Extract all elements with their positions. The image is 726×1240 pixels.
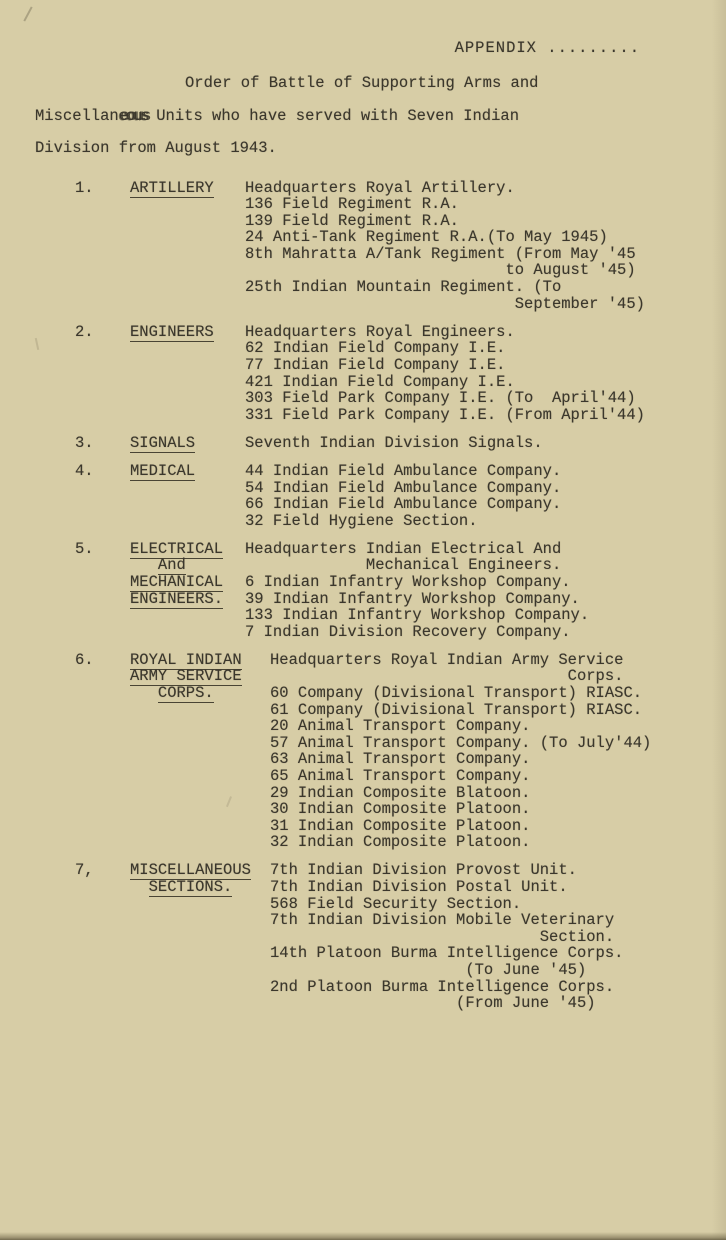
- section-content: Headquarters Royal Engineers.62 Indian F…: [245, 324, 645, 424]
- underlined-heading-text: ENGINEERS: [130, 323, 214, 342]
- document-page: APPENDIX ......... Order of Battle of Su…: [0, 0, 726, 1240]
- unit-line: 7th Indian Division Postal Unit.: [270, 879, 623, 896]
- unit-line: 62 Indian Field Company I.E.: [245, 340, 645, 357]
- unit-line: 139 Field Regiment R.A.: [245, 213, 645, 230]
- unit-line: 2nd Platoon Burma Intelligence Corps.: [270, 979, 623, 996]
- section-heading: MEDICAL: [130, 463, 245, 480]
- unit-line: 24 Anti-Tank Regiment R.A.(To May 1945): [245, 229, 645, 246]
- section-heading: ROYAL INDIANARMY SERVICE CORPS.: [130, 652, 270, 702]
- title-line-2-prefix: Miscellan: [35, 107, 119, 125]
- title-line-2: Miscellaneous Units who have served with…: [0, 100, 726, 133]
- section-heading: SIGNALS: [130, 435, 245, 452]
- unit-line: Headquarters Royal Engineers.: [245, 324, 645, 341]
- section-heading-line: MEDICAL: [130, 463, 245, 480]
- unit-line: Seventh Indian Division Signals.: [245, 435, 543, 452]
- unit-line: 133 Indian Infantry Workshop Company.: [245, 607, 589, 624]
- section-heading-line: ELECTRICAL: [130, 541, 245, 558]
- unit-line: September '45): [245, 296, 645, 313]
- underlined-heading-text: ARTILLERY: [130, 179, 214, 198]
- section-heading: ELECTRICAL AndMECHANICALENGINEERS.: [130, 541, 245, 607]
- section-number: 1.: [75, 180, 130, 197]
- underlined-heading-text: SECTIONS.: [149, 878, 233, 897]
- section-number: 6.: [75, 652, 130, 669]
- unit-line: Section.: [270, 929, 623, 946]
- unit-line: Headquarters Royal Indian Army Service: [270, 652, 651, 669]
- unit-line: 30 Indian Composite Platoon.: [270, 801, 651, 818]
- unit-line: 31 Indian Composite Platoon.: [270, 818, 651, 835]
- unit-line: Headquarters Indian Electrical And: [245, 541, 589, 558]
- unit-line: 8th Mahratta A/Tank Regiment (From May '…: [245, 246, 645, 263]
- unit-line: 32 Indian Composite Platoon.: [270, 834, 651, 851]
- unit-line: 54 Indian Field Ambulance Company.: [245, 480, 561, 497]
- overtyped-text: eous: [119, 107, 148, 125]
- unit-line: to August '45): [245, 262, 645, 279]
- section-content: Headquarters Royal Artillery.136 Field R…: [245, 180, 645, 313]
- unit-line: Mechanical Engineers.: [245, 557, 589, 574]
- section-row: 2.ENGINEERSHeadquarters Royal Engineers.…: [0, 324, 726, 424]
- unit-line: 303 Field Park Company I.E. (To April'44…: [245, 390, 645, 407]
- unit-line: Corps.: [270, 668, 651, 685]
- document-title: Order of Battle of Supporting Arms and M…: [0, 67, 726, 165]
- unit-line: 25th Indian Mountain Regiment. (To: [245, 279, 645, 296]
- section-row: 3.SIGNALSSeventh Indian Division Signals…: [0, 435, 726, 452]
- section-content: Headquarters Royal Indian Army Service C…: [270, 652, 651, 851]
- unit-line: 60 Company (Divisional Transport) RIASC.: [270, 685, 651, 702]
- unit-line: 32 Field Hygiene Section.: [245, 513, 561, 530]
- section-heading-line: And: [130, 557, 245, 574]
- unit-line: 44 Indian Field Ambulance Company.: [245, 463, 561, 480]
- unit-line: 568 Field Security Section.: [270, 896, 623, 913]
- section-row: 7,MISCELLANEOUS SECTIONS.7th Indian Divi…: [0, 862, 726, 1011]
- unit-line: 65 Animal Transport Company.: [270, 768, 651, 785]
- unit-line: 63 Animal Transport Company.: [270, 751, 651, 768]
- section-content: 7th Indian Division Provost Unit.7th Ind…: [270, 862, 623, 1011]
- section-number: 4.: [75, 463, 130, 480]
- unit-line: 6 Indian Infantry Workshop Company.: [245, 574, 589, 591]
- section-heading: MISCELLANEOUS SECTIONS.: [130, 862, 270, 895]
- sections-list: 1.ARTILLERYHeadquarters Royal Artillery.…: [0, 180, 726, 1012]
- section-content: Headquarters Indian Electrical And Mecha…: [245, 541, 589, 641]
- underlined-heading-text: SIGNALS: [130, 434, 195, 453]
- unit-line: 39 Indian Infantry Workshop Company.: [245, 591, 589, 608]
- unit-line: 77 Indian Field Company I.E.: [245, 357, 645, 374]
- unit-line: (To June '45): [270, 962, 623, 979]
- unit-line: Headquarters Royal Artillery.: [245, 180, 645, 197]
- title-line-3: Division from August 1943.: [0, 132, 726, 165]
- appendix-heading: APPENDIX .........: [0, 0, 726, 58]
- section-row: 6.ROYAL INDIANARMY SERVICE CORPS.Headqua…: [0, 652, 726, 851]
- section-row: 4.MEDICAL44 Indian Field Ambulance Compa…: [0, 463, 726, 529]
- section-heading-line: MECHANICAL: [130, 574, 245, 591]
- unit-line: 331 Field Park Company I.E. (From April'…: [245, 407, 645, 424]
- section-number: 7,: [75, 862, 130, 879]
- section-heading-line: SIGNALS: [130, 435, 245, 452]
- unit-line: 61 Company (Divisional Transport) RIASC.: [270, 702, 651, 719]
- unit-line: 66 Indian Field Ambulance Company.: [245, 496, 561, 513]
- title-line-2-suffix: Units who have served with Seven Indian: [147, 107, 519, 125]
- section-heading-line: ENGINEERS: [130, 324, 245, 341]
- section-heading-line: MISCELLANEOUS: [130, 862, 270, 879]
- underlined-heading-text: ENGINEERS.: [130, 590, 223, 609]
- underlined-heading-text: CORPS.: [158, 684, 214, 703]
- unit-line: 7th Indian Division Provost Unit.: [270, 862, 623, 879]
- section-number: 3.: [75, 435, 130, 452]
- section-heading: ARTILLERY: [130, 180, 245, 197]
- section-heading: ENGINEERS: [130, 324, 245, 341]
- unit-line: 14th Platoon Burma Intelligence Corps.: [270, 945, 623, 962]
- section-content: Seventh Indian Division Signals.: [245, 435, 543, 452]
- section-heading-line: ARTILLERY: [130, 180, 245, 197]
- unit-line: (From June '45): [270, 995, 623, 1012]
- section-heading-line: CORPS.: [130, 685, 270, 702]
- section-row: 5.ELECTRICAL AndMECHANICALENGINEERS.Head…: [0, 541, 726, 641]
- section-content: 44 Indian Field Ambulance Company.54 Ind…: [245, 463, 561, 529]
- unit-line: 20 Animal Transport Company.: [270, 718, 651, 735]
- section-number: 5.: [75, 541, 130, 558]
- unit-line: 7 Indian Division Recovery Company.: [245, 624, 589, 641]
- unit-line: 421 Indian Field Company I.E.: [245, 374, 645, 391]
- unit-line: 136 Field Regiment R.A.: [245, 196, 645, 213]
- underlined-heading-text: MEDICAL: [130, 462, 195, 481]
- title-line-1: Order of Battle of Supporting Arms and: [0, 67, 726, 100]
- section-number: 2.: [75, 324, 130, 341]
- unit-line: 7th Indian Division Mobile Veterinary: [270, 912, 623, 929]
- section-heading-line: SECTIONS.: [130, 879, 270, 896]
- section-heading-line: ARMY SERVICE: [130, 668, 270, 685]
- unit-line: 57 Animal Transport Company. (To July'44…: [270, 735, 651, 752]
- unit-line: 29 Indian Composite Blatoon.: [270, 785, 651, 802]
- section-heading-line: ENGINEERS.: [130, 591, 245, 608]
- section-row: 1.ARTILLERYHeadquarters Royal Artillery.…: [0, 180, 726, 313]
- section-heading-line: ROYAL INDIAN: [130, 652, 270, 669]
